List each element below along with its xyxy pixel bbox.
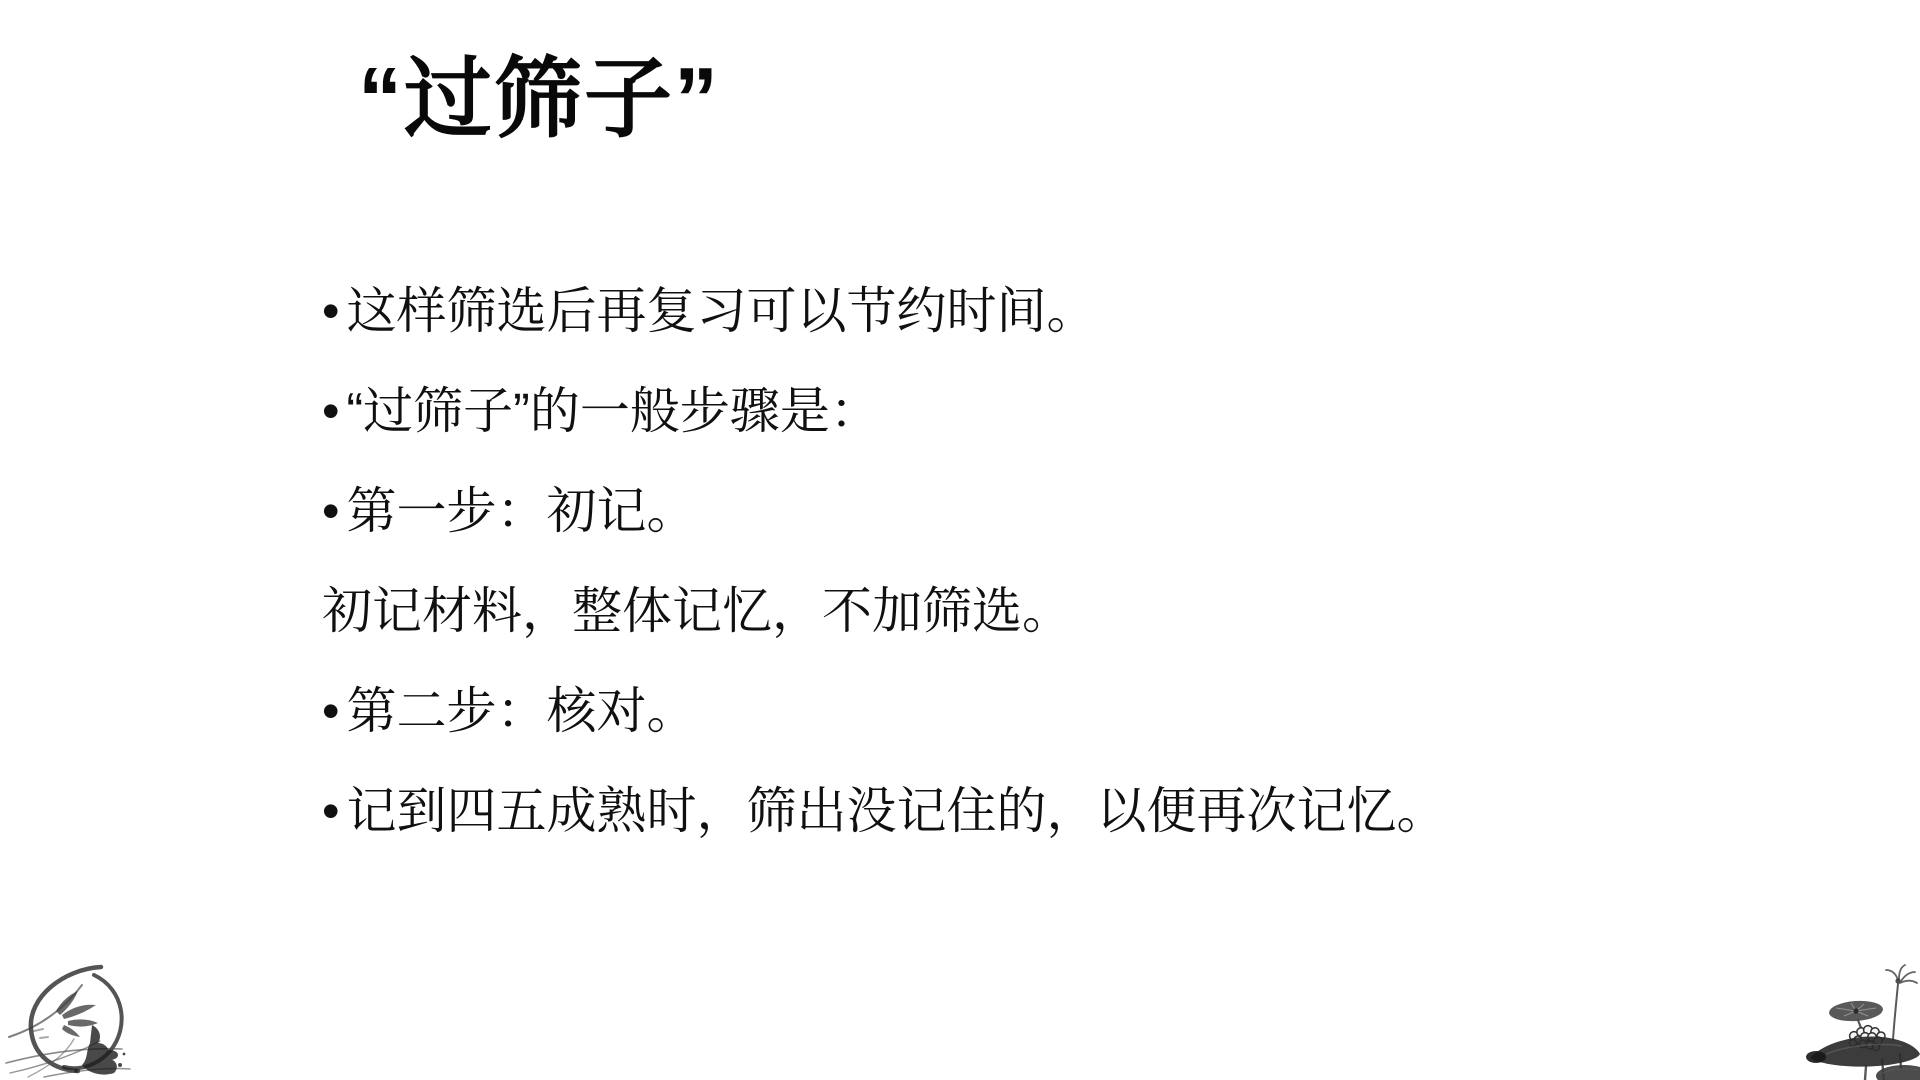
bullet-line: •这样筛选后再复习可以节约时间。 — [322, 261, 1722, 361]
bullet-text: “过筛子”的一般步骤是： — [347, 383, 880, 439]
bullet-text: 初记材料，整体记忆，不加筛选。 — [322, 583, 1072, 639]
bullet-marker: • — [322, 461, 340, 561]
bullet-marker: • — [322, 261, 340, 361]
bullet-line: •第一步：初记。 — [322, 461, 1722, 561]
slide-body: •这样筛选后再复习可以节约时间。 •“过筛子”的一般步骤是： •第一步：初记。 … — [322, 261, 1722, 861]
ink-orchid-icon — [4, 958, 136, 1080]
slide-title: “过筛子” — [358, 48, 720, 149]
bullet-marker: • — [322, 761, 340, 861]
bullet-text: 第二步：核对。 — [347, 683, 697, 739]
bullet-marker: • — [322, 661, 340, 761]
presentation-slide: “过筛子” •这样筛选后再复习可以节约时间。 •“过筛子”的一般步骤是： •第一… — [0, 0, 1920, 1080]
bullet-text: 第一步：初记。 — [347, 483, 697, 539]
ink-lotus-icon — [1806, 964, 1920, 1080]
plain-line: 初记材料，整体记忆，不加筛选。 — [322, 561, 1722, 661]
bullet-line: •记到四五成熟时，筛出没记住的，以便再次记忆。 — [322, 761, 1722, 861]
bullet-line: •“过筛子”的一般步骤是： — [322, 361, 1722, 461]
bullet-line: •第二步：核对。 — [322, 661, 1722, 761]
bullet-text: 记到四五成熟时，筛出没记住的，以便再次记忆。 — [347, 783, 1447, 839]
bullet-marker: • — [322, 361, 340, 461]
bullet-text: 这样筛选后再复习可以节约时间。 — [347, 283, 1097, 339]
